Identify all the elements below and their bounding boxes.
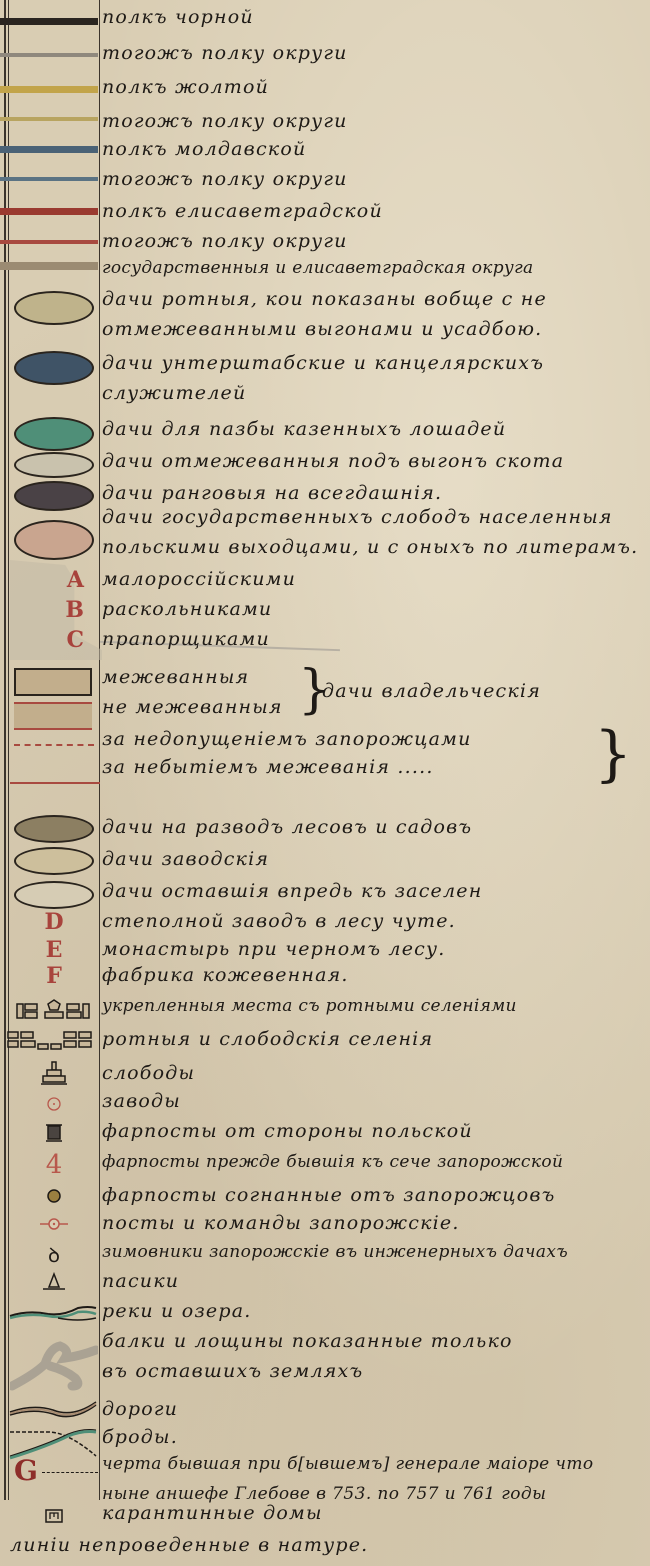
legend-label: балки и лощины показанные только (102, 1330, 513, 1352)
legend-row-black-regiment: полкъ чорной (0, 6, 650, 32)
letter-d-marker: D (44, 909, 63, 935)
legend-label: фарпосты от стороны польской (102, 1120, 473, 1142)
legend-row-apiaries: пасики (0, 1268, 650, 1296)
legend-row-state-sloboda-grants: дачи государственныхъ слободъ населенныя… (0, 506, 650, 566)
legend-label: броды. (102, 1426, 178, 1448)
legend-label: заводы (102, 1090, 181, 1112)
beige-oval-icon (14, 847, 94, 875)
black-outlined-box-symbol (14, 668, 92, 696)
olive-oval-icon (14, 815, 94, 843)
legend-label: посты и команды запорожскіе. (102, 1212, 460, 1234)
legend-row-fords: броды. (0, 1424, 650, 1454)
legend-label: пасики (102, 1270, 179, 1292)
company-settlement-icon (6, 1030, 94, 1052)
legend-label: тогожъ полку округи (102, 110, 348, 132)
outpost-square-icon (45, 1123, 63, 1143)
red-thin-line-symbol (0, 240, 98, 244)
red-solid-line-symbol (10, 782, 100, 784)
pink-oval-icon (14, 520, 94, 560)
legend-row-boundary-line: G черта бывшая при б[ывшемъ] генерале ма… (0, 1454, 650, 1514)
black-line-symbol (0, 18, 98, 25)
legend-row-yellow-regiment: полкъ жолтой (0, 76, 650, 102)
red-dashed-line-symbol (14, 744, 94, 746)
legend-label: дачи ротныя, кои показаны вобще с не (102, 288, 547, 310)
legend-label: служителей (102, 382, 246, 404)
legend-row-expelled-outposts: фарпосты согнанные отъ запорожцовъ (0, 1182, 650, 1210)
legend-label: карантинные домы (102, 1502, 323, 1524)
legend-label: фабрика кожевенная. (102, 964, 349, 986)
legend-label: дачи унтерштабские и канцелярскихъ (102, 352, 544, 374)
legend-label: за недопущеніемъ запорожцами (102, 728, 472, 750)
letter-c-marker: C (66, 627, 84, 653)
legend-label: фарпосты согнанные отъ запорожцовъ (102, 1184, 555, 1206)
legend-label: малороссійскими (102, 568, 296, 590)
legend-label: государственныя и елисаветградская округ… (102, 258, 533, 278)
expelled-outpost-icon (46, 1188, 62, 1204)
legend-label: тогожъ полку округи (102, 230, 348, 252)
letter-e-marker: E (46, 937, 63, 963)
legend-row-letter-c: C прапорщиками (0, 626, 650, 654)
legend-row-elisavetgrad-regiment-district: тогожъ полку округи (0, 230, 650, 256)
fortified-place-icon (15, 996, 93, 1022)
green-oval-icon (14, 417, 94, 451)
dash-dot-line-symbol (42, 1472, 98, 1473)
khaki-oval-icon (14, 291, 94, 325)
blue-line-symbol (0, 146, 98, 153)
legend-label: тогожъ полку округи (102, 168, 348, 190)
legend-label: за небытіемъ межеванія ..... (102, 756, 434, 778)
red-line-symbol (0, 208, 98, 215)
legend-label: ротныя и слободскія селенія (102, 1028, 433, 1050)
brace-icon: } (594, 724, 632, 784)
legend-label: отмежеванными выгонами и усадбою. (102, 318, 542, 340)
legend-row-company-settlements: ротныя и слободскія селенія (0, 1026, 650, 1056)
legend-row-former-zaporozhian-outposts: 4 фарпосты прежде бывшія къ сече запорож… (0, 1150, 650, 1180)
legend-label: реки и озера. (102, 1300, 251, 1322)
legend-row-not-permitted: за недопущеніемъ запорожцами (0, 728, 650, 758)
letter-b-marker: B (65, 597, 84, 623)
legend-label: дачи государственныхъ слободъ населенныя (102, 506, 613, 528)
grey-line-symbol (0, 53, 98, 57)
legend-label: полкъ жолтой (102, 76, 269, 98)
legend-label: черта бывшая при б[ывшемъ] генерале маіо… (102, 1454, 594, 1474)
legend-row-horse-pasture-grants: дачи для пазбы казенныхъ лошадей (0, 416, 650, 450)
legend-label: фарпосты прежде бывшія къ сече запорожск… (102, 1152, 563, 1172)
legend-row-letter-f: F фабрика кожевенная. (0, 962, 650, 990)
letter-a-marker: A (67, 567, 84, 593)
legend-label: ныне аншефе Глебове в 753. по 757 и 761 … (102, 1484, 546, 1504)
legend-row-elisavetgrad-regiment: полкъ елисаветградской (0, 200, 650, 226)
letter-g-marker: G (14, 1454, 38, 1487)
legend-row-not-surveyed: за небытіемъ межеванія ..... (0, 756, 650, 786)
river-icon (8, 1302, 98, 1324)
legend-label: дачи на разводъ лесовъ и садовъ (102, 816, 472, 838)
legend-label: межеванныя (102, 666, 249, 688)
legend-label: дачи для пазбы казенныхъ лошадей (102, 418, 506, 440)
dark-blue-oval-icon (14, 351, 94, 385)
legend-label: зимовники запорожскіе въ инженерныхъ дач… (102, 1242, 568, 1262)
legend-label: слободы (102, 1062, 195, 1084)
legend-row-winter-quarters: ꝺ зимовники запорожскіе въ инженерныхъ д… (0, 1240, 650, 1268)
legend-row-reserved-grants: дачи оставшія впредь къ заселен (0, 880, 650, 910)
legend-row-quarantine-houses: карантинные домы (0, 1506, 650, 1532)
red-outlined-box-symbol (14, 702, 92, 730)
legend-label: монастырь при черномъ лесу. (102, 938, 445, 960)
blue-thin-line-symbol (0, 177, 98, 181)
legend-label: польскими выходцами, и с оныхъ по литера… (102, 536, 638, 558)
legend-row-moldavian-regiment-district: тогожъ полку округи (0, 168, 650, 194)
legend-label: раскольниками (102, 598, 272, 620)
legend-row-letter-b: B раскольниками (0, 596, 650, 624)
sloboda-icon (39, 1060, 69, 1086)
legend-label: степолной заводъ в лесу чуте. (102, 910, 456, 932)
legend-row-yellow-regiment-district: тогожъ полку округи (0, 106, 650, 132)
legend-label: полкъ елисаветградской (102, 200, 383, 222)
legend-label: дачи оставшія впредь къ заселен (102, 880, 482, 902)
factory-circle-icon (46, 1096, 62, 1112)
legend-row-letter-d: D степолной заводъ в лесу чуте. (0, 908, 650, 936)
letter-f-marker: F (46, 963, 62, 989)
legend-label: не межеванныя (102, 696, 283, 718)
pale-oval-icon (14, 881, 94, 909)
legend-row-moldavian-regiment: полкъ молдавской (0, 138, 650, 164)
legend-row-gullies: балки и лощины показанные только въ оста… (0, 1330, 650, 1394)
legend-row-polish-outposts: фарпосты от стороны польской (0, 1118, 650, 1148)
legend-row-letter-a: A малороссійскими (0, 566, 650, 594)
road-icon (8, 1398, 98, 1420)
legend-row-state-district: государственныя и елисаветградская округ… (0, 258, 650, 284)
winter-quarters-icon: ꝺ (48, 1241, 60, 1268)
legend-row-company-grants: дачи ротныя, кои показаны вобще с не отм… (0, 288, 650, 348)
legend-label: полкъ молдавской (102, 138, 306, 160)
legend-row-factory-grants: дачи заводскія (0, 846, 650, 876)
legend-label: тогожъ полку округи (102, 42, 348, 64)
legend-row-staff-grants: дачи унтерштабские и канцелярскихъ служи… (0, 350, 650, 410)
former-outpost-icon: 4 (46, 1150, 63, 1180)
legend-label: дачи отмежеванныя подъ выгонъ скота (102, 450, 564, 472)
legend-row-black-regiment-district: тогожъ полку округи (0, 38, 650, 64)
yellow-line-symbol (0, 86, 98, 93)
legend-footer-note: линіи непроведенные в натуре. (10, 1534, 368, 1556)
post-command-icon (38, 1216, 70, 1232)
legend-row-roads: дороги (0, 1394, 650, 1424)
apiary-icon (39, 1272, 69, 1292)
yellow-thin-line-symbol (0, 117, 98, 121)
legend-label: прапорщиками (102, 628, 270, 650)
legend-label: укрепленныя места съ ротными селеніями (102, 996, 517, 1016)
legend-row-fortified-places: укрепленныя места съ ротными селеніями (0, 994, 650, 1024)
legend-row-letter-e: E монастырь при черномъ лесу. (0, 936, 650, 964)
legend-row-forest-garden-grants: дачи на разводъ лесовъ и садовъ (0, 814, 650, 844)
legend-label: дачи ранговыя на всегдашнія. (102, 482, 442, 504)
legend-label: въ оставшихъ земляхъ (102, 1360, 363, 1382)
quarantine-house-icon (44, 1508, 64, 1524)
legend-row-zaporozhian-posts: посты и команды запорожскіе. (0, 1210, 650, 1238)
legend-label: дачи заводскія (102, 848, 269, 870)
legend-label: полкъ чорной (102, 6, 254, 28)
gully-icon (10, 1336, 98, 1392)
legend-row-factories: заводы (0, 1090, 650, 1118)
owners-grants-label: дачи владельческія (322, 680, 541, 702)
legend-row-rivers-lakes: реки и озера. (0, 1298, 650, 1328)
legend-row-slobodas: слободы (0, 1058, 650, 1088)
brown-band-symbol (0, 262, 98, 270)
light-grey-oval-icon (14, 452, 94, 478)
legend-row-cattle-pasture-grants: дачи отмежеванныя подъ выгонъ скота (0, 450, 650, 480)
legend-label: дороги (102, 1398, 178, 1420)
